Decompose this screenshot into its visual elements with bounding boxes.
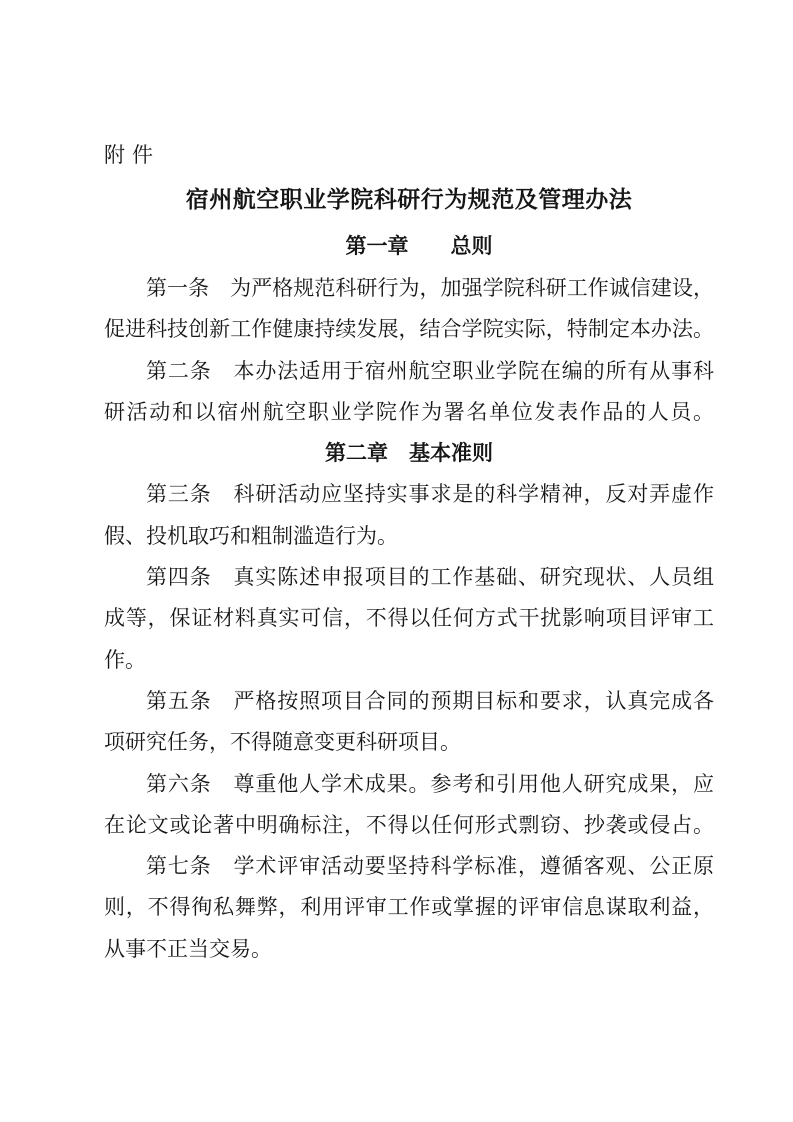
- document-title: 宿州航空职业学院科研行为规范及管理办法: [104, 185, 714, 215]
- document-page: 附件 宿州航空职业学院科研行为规范及管理办法 第一章 总则 第一条 为严格规范科…: [0, 0, 793, 1122]
- article-1: 第一条 为严格规范科研行为，加强学院科研工作诚信建设， 促进科技创新工作健康持续…: [104, 268, 714, 351]
- text-line: 第七条 学术评审活动要坚持科学标准，遵循客观、公正原: [104, 846, 714, 887]
- article-6: 第六条 尊重他人学术成果。参考和引用他人研究成果，应 在论文或论著中明确标注，不…: [104, 764, 714, 847]
- text-line: 第四条 真实陈述申报项目的工作基础、研究现状、人员组: [104, 557, 714, 598]
- text-line: 第一条 为严格规范科研行为，加强学院科研工作诚信建设，: [104, 268, 714, 309]
- text-line: 第二条 本办法适用于宿州航空职业学院在编的所有从事科: [104, 351, 714, 392]
- article-2: 第二条 本办法适用于宿州航空职业学院在编的所有从事科 研活动和以宿州航空职业学院…: [104, 351, 714, 434]
- text-line: 项研究任务，不得随意变更科研项目。: [104, 722, 714, 763]
- text-line: 则，不得徇私舞弊，利用评审工作或掌握的评审信息谋取利益，: [104, 887, 714, 928]
- text-line: 促进科技创新工作健康持续发展，结合学院实际，特制定本办法。: [104, 309, 714, 350]
- chapter-1-heading: 第一章 总则: [104, 231, 714, 261]
- text-line: 第六条 尊重他人学术成果。参考和引用他人研究成果，应: [104, 764, 714, 805]
- text-line: 第五条 严格按照项目合同的预期目标和要求，认真完成各: [104, 681, 714, 722]
- text-line: 第三条 科研活动应坚持实事求是的科学精神，反对弄虚作: [104, 474, 714, 515]
- article-3: 第三条 科研活动应坚持实事求是的科学精神，反对弄虚作 假、投机取巧和粗制滥造行为…: [104, 474, 714, 557]
- article-7: 第七条 学术评审活动要坚持科学标准，遵循客观、公正原 则，不得徇私舞弊，利用评审…: [104, 846, 714, 970]
- article-5: 第五条 严格按照项目合同的预期目标和要求，认真完成各 项研究任务，不得随意变更科…: [104, 681, 714, 764]
- text-line: 在论文或论著中明确标注，不得以任何形式剽窃、抄袭或侵占。: [104, 805, 714, 846]
- article-4: 第四条 真实陈述申报项目的工作基础、研究现状、人员组 成等，保证材料真实可信，不…: [104, 557, 714, 681]
- text-line: 从事不正当交易。: [104, 929, 714, 970]
- document-content: 附件 宿州航空职业学院科研行为规范及管理办法 第一章 总则 第一条 为严格规范科…: [104, 0, 714, 970]
- text-line: 假、投机取巧和粗制滥造行为。: [104, 516, 714, 557]
- text-line: 研活动和以宿州航空职业学院作为署名单位发表作品的人员。: [104, 392, 714, 433]
- text-line: 作。: [104, 640, 714, 681]
- attachment-label: 附件: [104, 142, 714, 168]
- text-line: 成等，保证材料真实可信，不得以任何方式干扰影响项目评审工: [104, 598, 714, 639]
- chapter-2-heading: 第二章 基本准则: [104, 433, 714, 474]
